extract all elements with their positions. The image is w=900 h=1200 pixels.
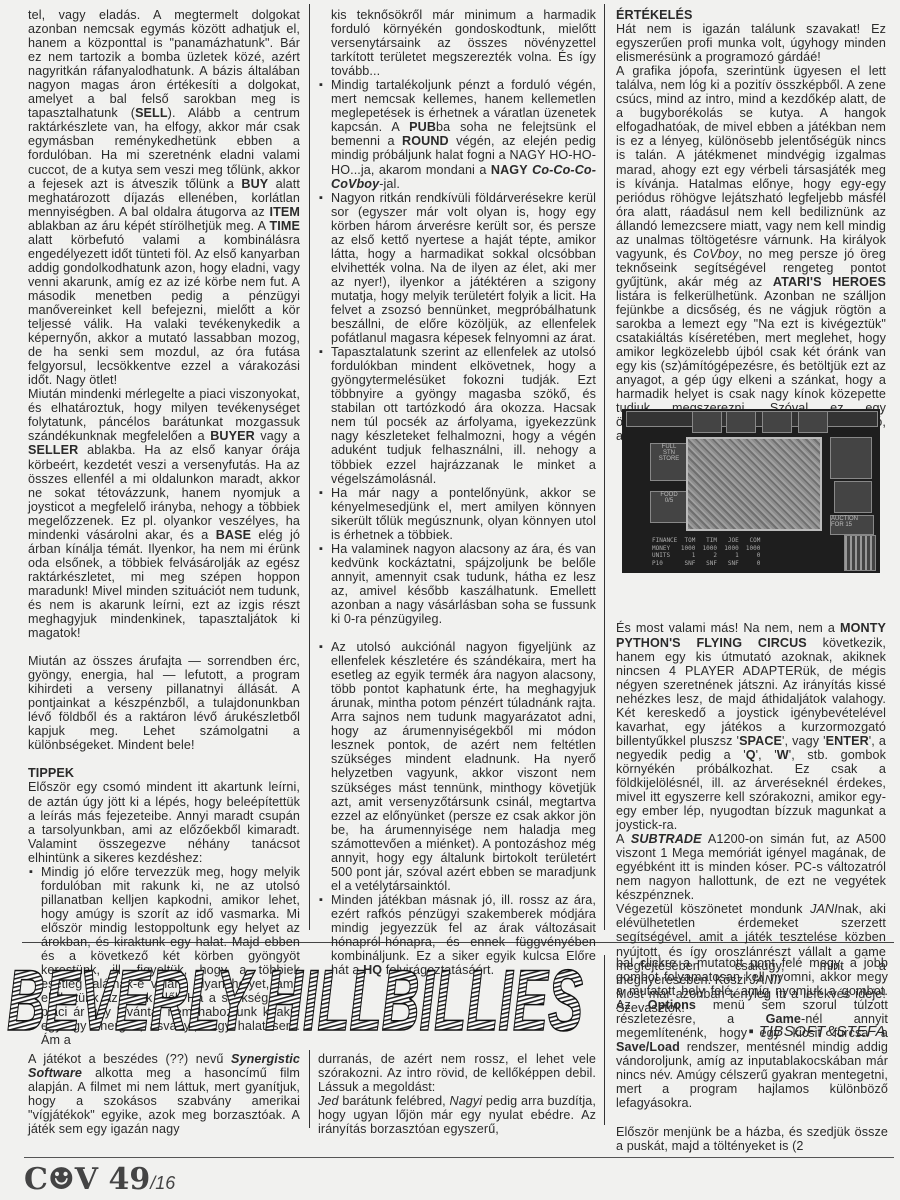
footer-rule <box>24 1157 894 1158</box>
column-1: tel, vagy eladás. A megtermelt dolgokat … <box>28 8 300 1047</box>
article2-column-1: A játékot a beszédes (??) nevű Synergist… <box>28 1052 300 1136</box>
game-stats: FINANCE TOM TIM JOE COM MONEY 1000 1000 … <box>652 537 842 569</box>
magazine-logo: C☻V 49 <box>24 1162 150 1197</box>
article2-column-2: durranás, de azért nem rossz, el lehet v… <box>318 1052 596 1136</box>
list-item: Ha már nagy a pontelőnyünk, akkor se kén… <box>318 486 596 542</box>
paragraph: tel, vagy eladás. A megtermelt dolgokat … <box>28 8 300 387</box>
column-2: kis teknősökről már minimum a harmadik f… <box>318 8 596 977</box>
column-divider-4 <box>604 955 605 1125</box>
list-item-cont: kis teknősökről már minimum a harmadik f… <box>318 8 596 78</box>
column-divider-2 <box>604 4 605 930</box>
paragraph: A SUBTRADE A1200-on simán fut, az A500 v… <box>616 832 886 902</box>
paragraph: A grafika jópofa, szerintünk ügyesen el … <box>616 64 886 443</box>
list-item: Tapasztalatunk szerint az ellenfelek az … <box>318 345 596 485</box>
svg-text:BEVERLY HILLBILLIES: BEVERLY HILLBILLIES <box>7 960 583 1036</box>
paragraph: Miután mindenki mérlegelte a piaci viszo… <box>28 387 300 640</box>
article-title-beverly-hillbillies: BEVERLY HILLBILLIES <box>5 960 585 1036</box>
tips-list-cont: kis teknősökről már minimum a harmadik f… <box>318 8 596 977</box>
column-divider-1 <box>309 4 310 930</box>
paragraph: Miután az összes árufajta — sorrendben é… <box>28 654 300 752</box>
paragraph: A játékot a beszédes (??) nevű Synergist… <box>28 1052 300 1136</box>
article2-column-3: bal clickre a mutatott pont felé megy, a… <box>616 956 888 1153</box>
game-board <box>686 437 822 531</box>
paragraph: Először menjünk be a házba, és szedjük ö… <box>616 1125 888 1153</box>
paragraph: És most valami más! Na nem, nem a MONTY … <box>616 621 886 832</box>
paragraph: Hát nem is igazán találunk szavakat! Ez … <box>616 22 886 64</box>
page-footer: C☻V 49/16 <box>24 1162 175 1197</box>
paragraph: Először egy csomó mindent itt akartunk l… <box>28 780 300 864</box>
list-item: Nagyon ritkán rendkívüli földárverésekre… <box>318 191 596 346</box>
list-item: Mindig tartalékoljunk pénzt a forduló vé… <box>318 78 596 190</box>
section-heading-tippek: TIPPEK <box>28 766 300 780</box>
page-number: /16 <box>150 1173 175 1193</box>
section-heading-ertekeles: ÉRTÉKELÉS <box>616 8 886 22</box>
list-item: Az utolsó aukciónál nagyon figyeljünk az… <box>318 640 596 893</box>
game-screenshot: FULL STN STORE FOOD 0/5 AUCTION FOR 15 F… <box>622 409 880 573</box>
paragraph: bal clickre a mutatott pont felé megy, a… <box>616 956 888 1111</box>
list-item: Ha valaminek nagyon alacsony az ára, és … <box>318 542 596 626</box>
column-divider-3 <box>309 1050 310 1128</box>
paragraph: durranás, de azért nem rossz, el lehet v… <box>318 1052 596 1136</box>
